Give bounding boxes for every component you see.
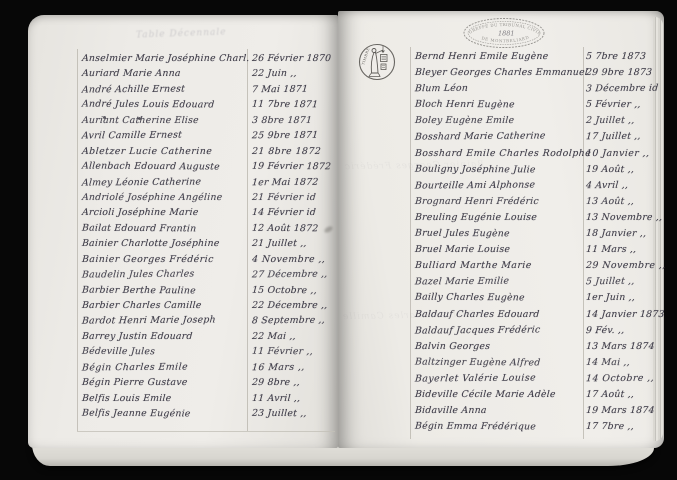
register-row: Bruel Marie Louise11 Mars ,,	[413, 242, 661, 258]
register-row: Bidaville Anna19 Mars 1874	[413, 403, 661, 419]
register-row: Bleyer Georges Charles Emmanuel29 9bre 1…	[413, 65, 661, 81]
entry-date: 10 Janvier ,,	[586, 147, 651, 160]
entry-name: Balvin Georges	[415, 340, 491, 353]
register-row: Barbier Charles Camille22 Décembre ,,	[80, 298, 336, 313]
register-row: Breuling Eugénie Louise13 Novembre ,,	[413, 210, 661, 226]
entry-name: Bosshard Marie Catherine	[414, 130, 546, 144]
register-row: Belfis Louis Emile11 Avril ,,	[80, 391, 336, 406]
entry-date: 14 Janvier 1873	[586, 308, 666, 321]
entry-date: 14 Mai ,,	[586, 356, 631, 369]
register-row: Abletzer Lucie Catherine21 8bre 1872	[80, 144, 336, 159]
entry-name: Bideville Cécile Marie Adèle	[415, 388, 557, 401]
register-row: Bailat Edouard Frantin12 Août 1872	[80, 221, 336, 236]
entry-date: 8 Septembre ,,	[251, 314, 325, 328]
entry-name: Belfis Louis Emile	[82, 392, 172, 405]
entry-date: 3 Décembre id	[585, 82, 658, 96]
entry-name: Bosshard Emile Charles Rodolphe	[415, 147, 588, 160]
entry-date: 12 Août 1872	[252, 222, 319, 235]
entry-name: Bazel Marie Emilie	[414, 275, 509, 289]
entry-date: 17 Août ,,	[586, 388, 635, 401]
entry-name: Bainier Charlotte Joséphine	[82, 237, 220, 250]
timbre-revenue-stamp: TIMBRE	[357, 40, 397, 84]
entry-date: 22 Juin ,,	[252, 67, 298, 80]
register-row: Almey Léonie Catherine1er Mai 1872	[80, 175, 336, 190]
entry-date: 26 Février 1870	[252, 52, 332, 65]
entry-date: 13 Mars 1874	[586, 340, 656, 353]
register-row: Bainier Charlotte Joséphine21 Juillet ,,	[80, 236, 336, 251]
entry-name: Bégin Charles Emile	[81, 360, 188, 374]
entry-date: 14 Février id	[252, 206, 317, 219]
entry-date: 19 Août ,,	[586, 162, 635, 175]
entry-date: 13 Août ,,	[586, 195, 635, 208]
entry-name: Bédeville Jules	[82, 345, 156, 359]
entry-name: Auriard Marie Anna	[82, 67, 182, 80]
entry-date: 4 Avril ,,	[585, 179, 628, 192]
register-row: Balvin Georges13 Mars 1874	[413, 339, 661, 355]
entry-date: 16 Mars ,,	[251, 361, 305, 374]
register-row: Barrey Justin Edouard22 Mai ,,	[80, 329, 336, 344]
register-row: Blum Léon3 Décembre id	[413, 81, 661, 97]
register-row: Brognard Henri Frédéric13 Août ,,	[413, 194, 661, 210]
register-row: Anselmier Marie Joséphine Charl.26 Févri…	[80, 51, 336, 66]
entry-name: Bégin Emma Frédérique	[415, 420, 537, 434]
entry-name: Bailat Edouard Frantin	[82, 221, 197, 235]
entry-name: Baltzinger Eugène Alfred	[415, 355, 541, 369]
entries-left: Anselmier Marie Joséphine Charl.26 Févri…	[80, 51, 336, 422]
entry-date: 25 9bre 1871	[251, 129, 318, 143]
entry-date: 11 Avril ,,	[252, 392, 301, 405]
register-row: Bazel Marie Emilie5 Juillet ,,	[413, 274, 661, 290]
entry-name: Bayerlet Valérie Louise	[414, 371, 536, 385]
entry-date: 5 Février ,,	[586, 98, 642, 111]
register-row: Avril Camille Ernest25 9bre 1871	[80, 128, 336, 143]
entry-date: 4 Novembre ,,	[252, 253, 326, 266]
entry-date: 19 Février 1872	[252, 160, 332, 174]
entry-name: Boley Eugène Emile	[415, 114, 515, 127]
entry-name: Brognard Henri Frédéric	[415, 195, 540, 208]
entry-date: 29 9bre 1873	[586, 66, 653, 79]
bottom-rule	[77, 431, 335, 432]
entry-name: Arcioli Joséphine Marie	[82, 206, 199, 219]
entry-name: Baudelin Jules Charles	[81, 268, 195, 282]
entry-name: Almey Léonie Catherine	[81, 175, 201, 189]
entry-name: Bloch Henri Eugène	[415, 98, 515, 112]
register-page-left: Table Décennale Anselmier Marie Joséphin…	[28, 15, 338, 448]
entry-date: 23 Juillet ,,	[252, 407, 308, 420]
entry-name: Blum Léon	[414, 82, 468, 95]
entry-name: Auriant Catherine Elise	[82, 114, 200, 127]
entry-date: 17 7bre ,,	[586, 420, 635, 433]
entry-date: 29 Novembre ,,	[586, 259, 667, 272]
entry-date: 22 Décembre ,,	[252, 299, 328, 312]
register-row: Bégin Pierre Gustave29 8bre ,,	[80, 375, 336, 390]
register-row: Bainier Georges Frédéric4 Novembre ,,	[80, 252, 336, 267]
scanned-register-spread: Table Décennale Anselmier Marie Joséphin…	[0, 0, 677, 480]
register-row: Baudelin Jules Charles27 Décembre ,,	[80, 267, 336, 282]
entry-name: Bruel Jules Eugène	[415, 227, 511, 241]
entry-name: Bégin Pierre Gustave	[82, 376, 188, 389]
entry-date: 7 Mai 1871	[251, 83, 308, 96]
register-row: Bloch Henri Eugène5 Février ,,	[413, 97, 661, 113]
entry-name: Bardot Henri Marie Joseph	[81, 314, 216, 328]
entry-name: Avril Camille Ernest	[81, 129, 182, 143]
entry-date: 1er Mai 1872	[251, 175, 319, 189]
entry-date: 1er Juin ,,	[586, 291, 636, 304]
register-row: Allenbach Edouard Auguste19 Février 1872	[80, 159, 336, 174]
register-row: Bosshard Emile Charles Rodolphe10 Janvie…	[413, 146, 661, 162]
entry-name: André Achille Ernest	[81, 82, 185, 96]
entry-name: Bailly Charles Eugène	[415, 291, 525, 305]
entry-name: Bainier Georges Frédéric	[82, 253, 215, 266]
column-rule-left-margin	[410, 47, 411, 439]
register-row: Bégin Emma Frédérique17 7bre ,,	[413, 419, 661, 435]
faint-inscription: Table Décennale	[136, 27, 227, 40]
register-row: Bayerlet Valérie Louise14 Octobre ,,	[413, 371, 661, 387]
register-row: Bailly Charles Eugène1er Juin ,,	[413, 290, 661, 306]
entry-date: 19 Mars 1874	[586, 404, 656, 417]
entry-date: 3 8bre 1871	[252, 114, 313, 127]
entry-name: Breuling Eugénie Louise	[415, 211, 538, 224]
entry-date: 15 Octobre ,,	[252, 283, 318, 296]
register-row: André Achille Ernest7 Mai 1871	[80, 82, 336, 97]
entry-date: 27 Décembre ,,	[251, 268, 328, 282]
register-row: André Jules Louis Edouard11 7bre 1871	[80, 97, 336, 112]
register-row: Bourteille Ami Alphonse4 Avril ,,	[413, 178, 661, 194]
ink-dot	[103, 116, 106, 119]
entry-date: 11 7bre 1871	[252, 98, 319, 111]
entry-name: Allenbach Edouard Auguste	[82, 160, 221, 174]
entry-date: 5 7bre 1873	[586, 50, 647, 63]
register-row: Belfis Jeanne Eugénie23 Juillet ,,	[80, 406, 336, 421]
register-row: Bégin Charles Emile16 Mars ,,	[80, 360, 336, 375]
entries-right: Bernd Henri Emile Eugène5 7bre 1873Bleye…	[413, 49, 661, 435]
register-row: Bruel Jules Eugène18 Janvier ,,	[413, 226, 661, 242]
column-rule-left-margin	[77, 49, 78, 431]
ink-dot	[138, 117, 141, 120]
entry-date: 21 8bre 1872	[252, 145, 322, 158]
entry-name: Barbier Berthe Pauline	[82, 283, 197, 297]
register-row: Barbier Berthe Pauline15 Octobre ,,	[80, 283, 336, 298]
entry-date: 21 Juillet ,,	[252, 237, 308, 250]
entry-name: Baldauf Jacques Frédéric	[414, 323, 540, 337]
entry-date: 2 Juillet ,,	[586, 114, 636, 127]
register-row: Bardot Henri Marie Joseph8 Septembre ,,	[80, 313, 336, 328]
register-row: Baldauf Jacques Frédéric9 Fév. ,,	[413, 323, 661, 339]
register-row: Auriant Catherine Elise3 8bre 1871	[80, 113, 336, 128]
register-row: Boley Eugène Emile2 Juillet ,,	[413, 113, 661, 129]
entry-name: Barbier Charles Camille	[82, 299, 202, 312]
entry-name: Bulliard Marthe Marie	[415, 259, 533, 272]
entry-date: 18 Janvier ,,	[586, 227, 647, 240]
entry-date: 17 Juillet ,,	[585, 130, 641, 143]
entry-date: 11 Mars ,,	[586, 243, 637, 256]
entry-date: 9 Fév. ,,	[585, 323, 625, 336]
register-row: Bideville Cécile Marie Adèle17 Août ,,	[413, 387, 661, 403]
entry-name: Bruel Marie Louise	[415, 243, 511, 256]
entry-name: Barrey Justin Edouard	[82, 330, 194, 343]
oval-office-stamp: GREFFE DU TRIBUNAL CIVIL DE MONTBELIARD …	[458, 14, 550, 52]
entry-date: 22 Mai ,,	[252, 330, 297, 343]
entry-date: 21 Février id	[252, 191, 317, 204]
entry-name: Andriolé Joséphine Angéline	[82, 191, 223, 204]
register-row: Bosshard Marie Catherine17 Juillet ,,	[413, 129, 661, 145]
register-row: Bulliard Marthe Marie29 Novembre ,,	[413, 258, 661, 274]
entry-date: 29 8bre ,,	[252, 376, 301, 389]
register-row: Bédeville Jules11 Février ,,	[80, 344, 336, 359]
oval-stamp-year: 1881	[498, 30, 515, 38]
entry-name: Bourteille Ami Alphonse	[414, 178, 535, 192]
entry-date: 5 Juillet ,,	[585, 275, 635, 288]
entry-name: Anselmier Marie Joséphine Charl.	[82, 52, 250, 65]
entry-date: 13 Novembre ,,	[586, 211, 663, 224]
entry-name: Belfis Jeanne Eugénie	[82, 407, 191, 421]
register-row: Arcioli Joséphine Marie14 Février id	[80, 205, 336, 220]
entry-name: André Jules Louis Edouard	[82, 98, 215, 112]
entry-date: 11 Février ,,	[252, 345, 314, 358]
register-row: Andriolé Joséphine Angéline21 Février id	[80, 190, 336, 205]
register-row: Auriard Marie Anna22 Juin ,,	[80, 66, 336, 81]
register-row: Baltzinger Eugène Alfred14 Mai ,,	[413, 355, 661, 371]
entry-name: Abletzer Lucie Catherine	[82, 145, 213, 158]
entry-name: Bidaville Anna	[415, 404, 488, 417]
entry-date: 14 Octobre ,,	[585, 372, 654, 386]
entry-name: Bleyer Georges Charles Emmanuel	[415, 66, 588, 79]
